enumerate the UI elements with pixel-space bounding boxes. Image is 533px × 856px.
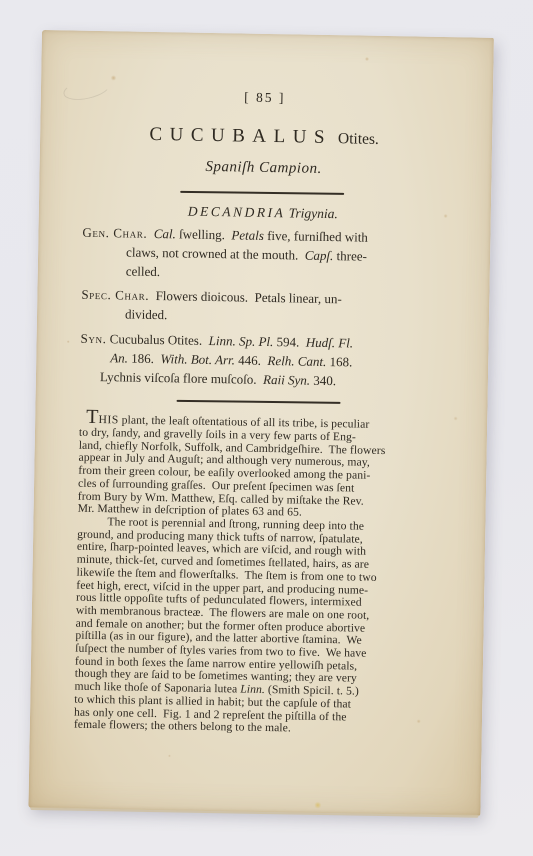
body-paragraph-2: The root is perennial and ſtrong, runnin… <box>74 516 460 739</box>
classification-line: DECANDRIA Trigynia. <box>83 202 465 225</box>
divider-rule-top <box>180 191 344 195</box>
photo-backdrop: [ 85 ] CUCUBALUS Otites. Spaniſh Campion… <box>0 0 533 856</box>
common-name: Spaniſh Campion. <box>83 157 465 181</box>
page-content: [ 85 ] CUCUBALUS Otites. Spaniſh Campion… <box>28 30 494 816</box>
section-syn: Syn. Cucubalus Otites. Linn. Sp. Pl. 594… <box>80 330 463 393</box>
order-name: Trigynia. <box>289 205 338 221</box>
page-number: [ 85 ] <box>85 87 467 110</box>
divider-rule-bottom <box>177 400 341 404</box>
book-page: [ 85 ] CUCUBALUS Otites. Spaniſh Campion… <box>28 30 494 816</box>
species-name: Otites. <box>338 130 379 148</box>
body-paragraph-1: THIS plant, the leaſt oſtentatious of al… <box>78 414 462 522</box>
class-name: DECANDRIA <box>188 204 286 221</box>
section-spec-char: Spec. Char. Flowers dioicous. Petals lin… <box>81 286 464 330</box>
genus-name: CUCUBALUS <box>149 124 332 148</box>
plate-title: CUCUBALUS Otites. <box>84 123 466 152</box>
section-gen-char: Gen. Char. Cal. ſwelling. Petals five, f… <box>82 224 465 287</box>
